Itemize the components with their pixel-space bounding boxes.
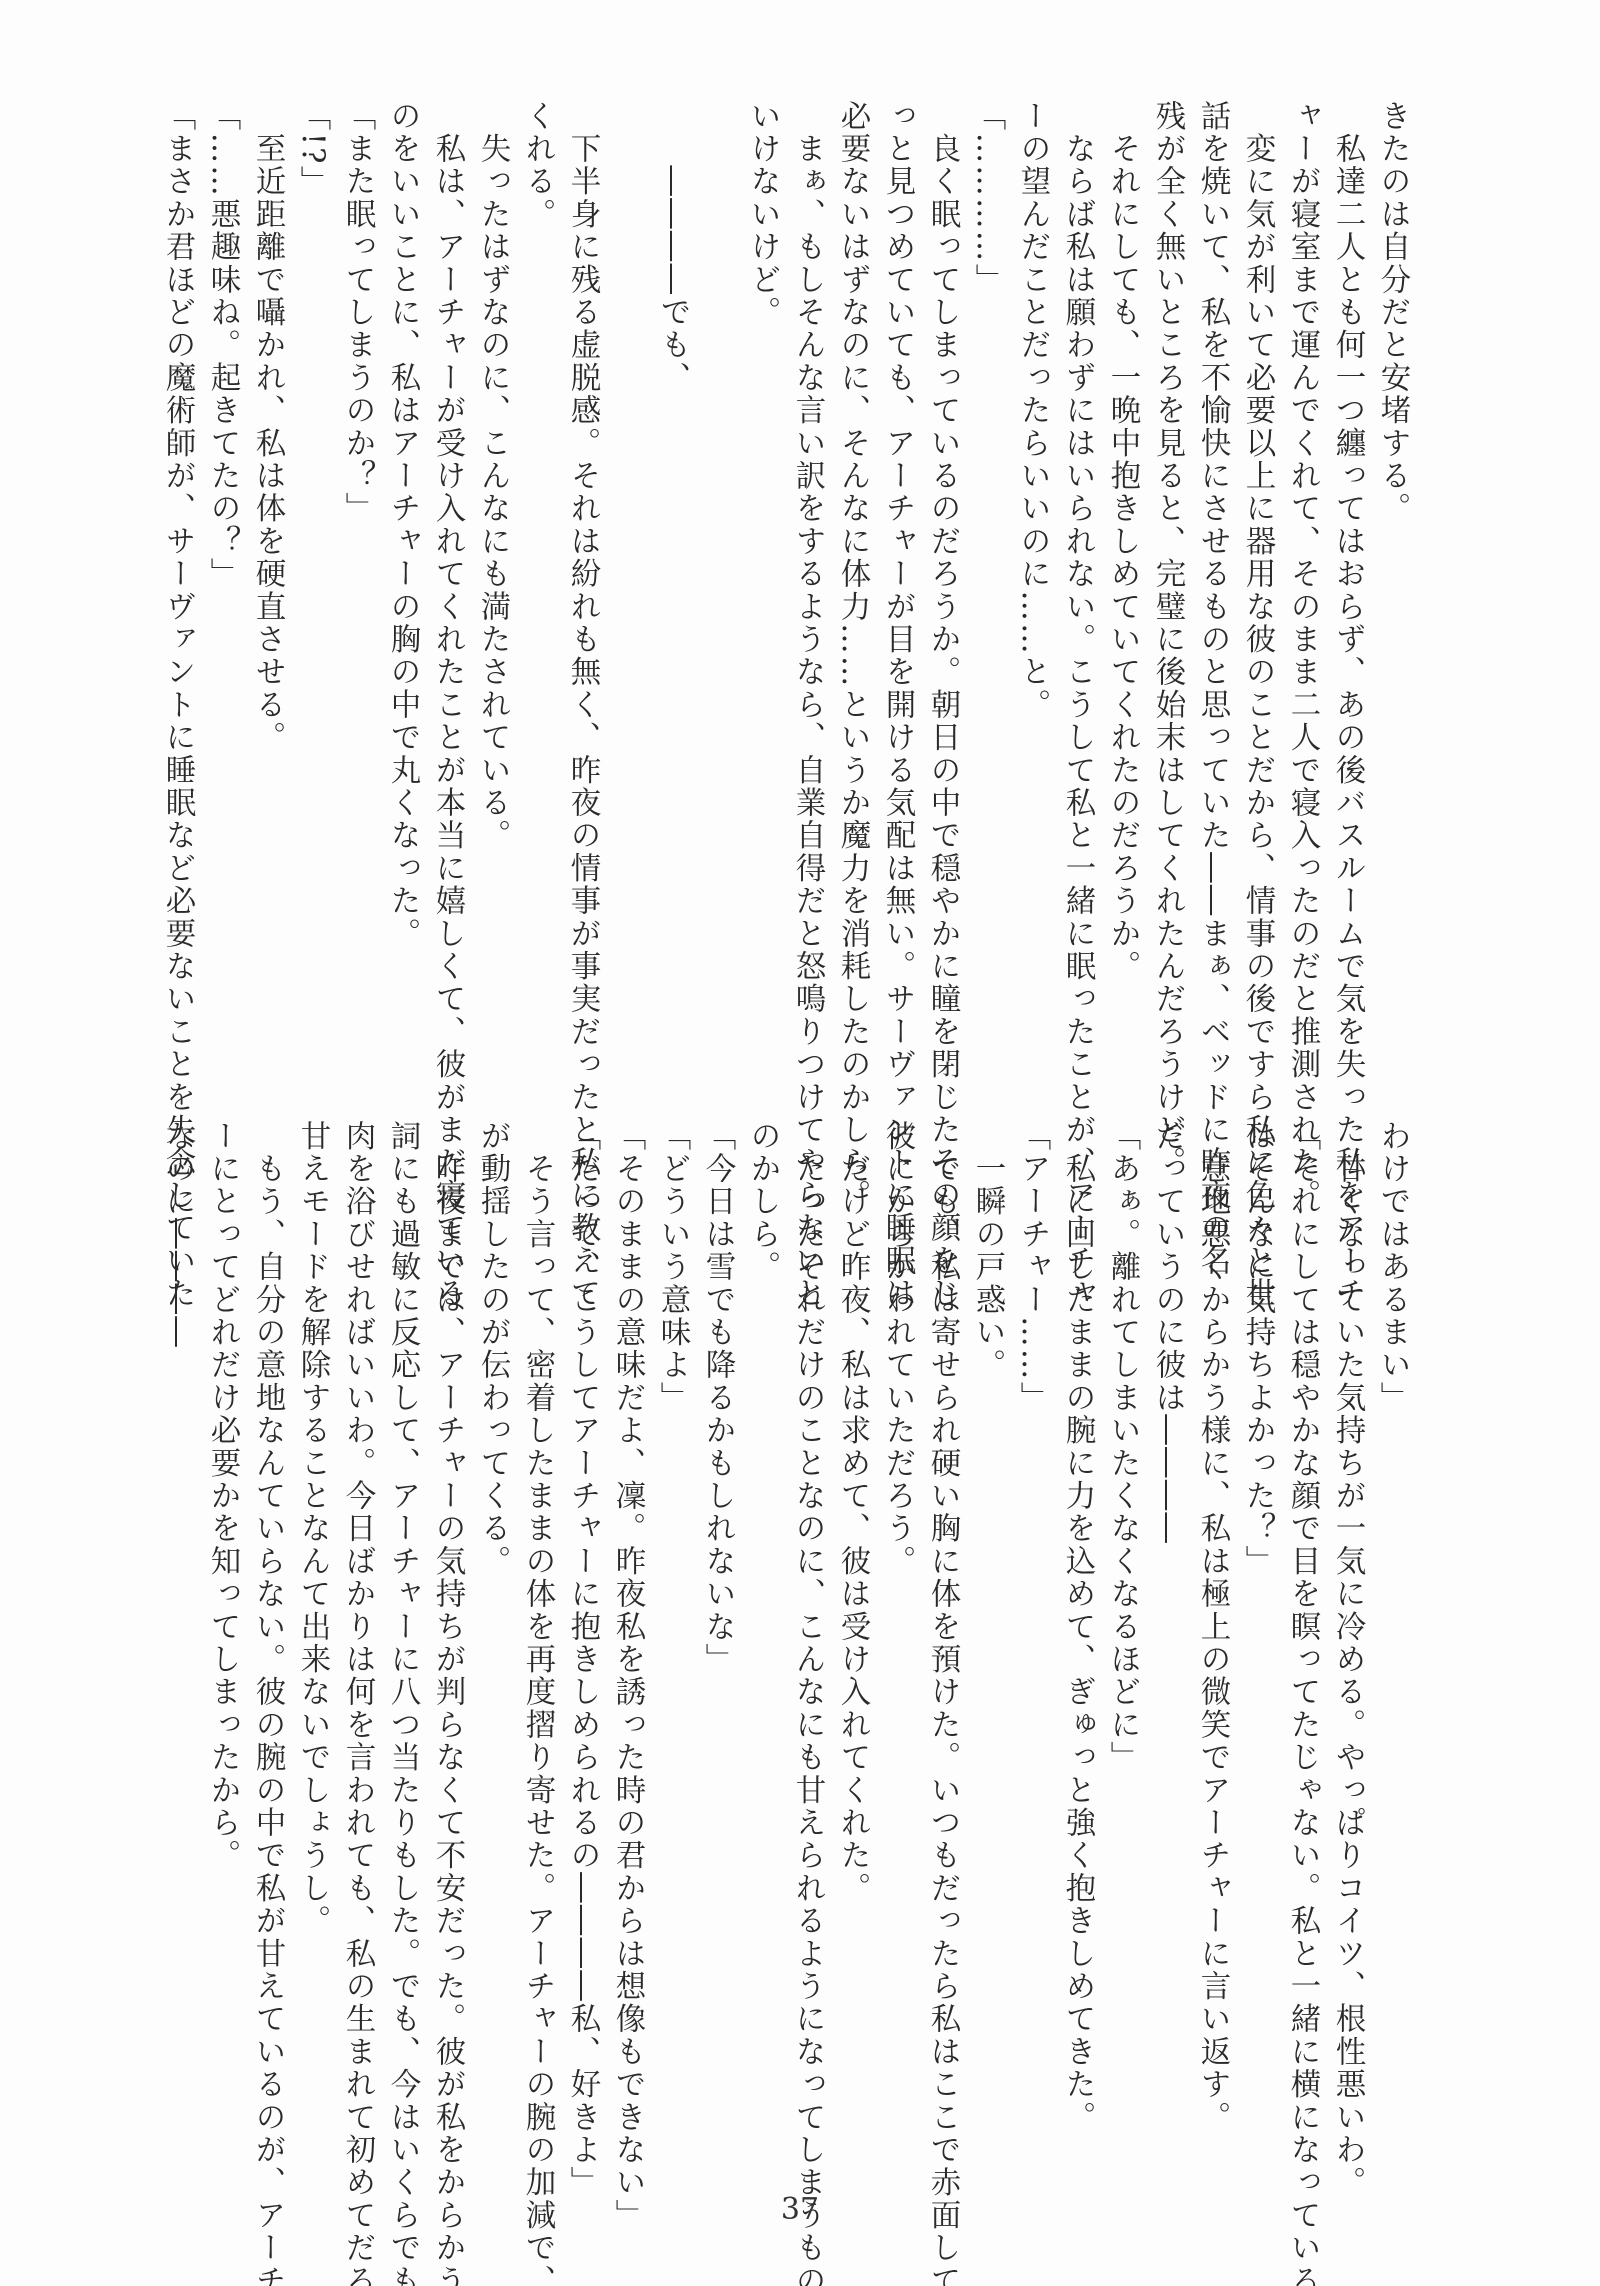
text-line: はそんなに気持ちよかった？」 [1235,1120,1280,2100]
text-line: もう、自分の意地なんていらない。彼の腕の中で私が甘えているのが、アーチャ [245,1120,290,2100]
text-line: 昨夜までは、アーチャーの気持ちが判らなくて不安だった。彼が私をからかう台 [425,1120,470,2100]
text-line: 彼にからかわれていただろう。 [875,1120,920,2100]
text-line: いけないけど。 [740,100,785,1050]
text-line: のをいいことに、私はアーチャーの胸の中で丸くなった。 [380,100,425,1050]
text-block-bottom: わけではあるまい」 甘くなっていた気持ちが一気に冷める。やっぱりコイツ、根性悪い… [145,1120,1415,2100]
text-line: 至近距離で囁かれ、私は体を硬直させる。 [245,100,290,1050]
text-line: 肉を浴びせればいいわ。今日ばかりは何を言われても、私の生まれて初めてだろう [335,1120,380,2100]
text-line: 「!?」 [290,100,335,1050]
text-line: 私達二人とも何一つ纏ってはおらず、あの後バスルームで気を失った私をアーチ [1325,100,1370,1050]
text-line: たったそれだけのことなのに、こんなにも甘えられるようになってしまうものな [785,1120,830,2100]
text-line: くれる。 [515,100,560,1050]
book-page: きたのは自分だと安堵する。 私達二人とも何一つ纏ってはおらず、あの後バスルームで… [0,0,1600,2286]
text-line: 「どういう意味よ」 [650,1120,695,2100]
text-line: 「……悪趣味ね。起きてたの？」 [200,100,245,1050]
text-line: 意地悪くからかう様に、私は極上の微笑でアーチャーに言い返す。 [1190,1120,1235,2100]
text-line: 私は、アーチャーが受け入れてくれたことが本当に嬉しくて、彼がまだ寝ている [425,100,470,1050]
text-line: 「今日は雪でも降るかもしれないな」 [695,1120,740,2100]
text-line: 「そのままの意味だよ、凜。昨夜私を誘った時の君からは想像もできない」 [605,1120,650,2100]
text-line: だっていうのに彼は―――― [1145,1120,1190,2100]
text-line: が動揺したのが伝わってくる。 [470,1120,515,2100]
text-line: 甘くなっていた気持ちが一気に冷める。やっぱりコイツ、根性悪いわ。 [1325,1120,1370,2100]
text-line: でも、私は寄せられ硬い胸に体を預けた。いつもだったら私はここで赤面して、 [920,1120,965,2100]
text-line: なのに―――― [155,1120,200,2100]
text-line: ならば私は願わずにはいられない。こうして私と一緒に眠ったことが、アーチャ [1055,100,1100,1050]
text-line: ャーが寝室まで運んでくれて、そのまま二人で寝入ったのだと推測された。 [1280,100,1325,1050]
blank-line: ​ [605,100,650,1050]
page-number: 37 [760,2192,840,2227]
text-line: 「まさか君ほどの魔術師が、サーヴァントに睡眠など必要ないことを失念していた [155,100,200,1050]
text-line: 良く眠ってしまっているのだろうか。朝日の中で穏やかに瞳を閉じたその顔をじ [920,100,965,1050]
text-line: 話を焼いて、私を不愉快にさせるものと思っていた――まぁ、ベッドに昨夜の名 [1190,100,1235,1050]
text-line: だけど昨夜、私は求めて、彼は受け入れてくれた。 [830,1120,875,2100]
text-line: 「アーチャー……」 [1010,1120,1055,2100]
text-line: 甘えモードを解除することなんて出来ないでしょうし。 [290,1120,335,2100]
text-line: 「…………」 [965,100,1010,1050]
text-line: そう言って、密着したままの体を再度摺り寄せた。アーチャーの腕の加減で、彼 [515,1120,560,2100]
text-line: 詞にも過敏に反応して、アーチャーに八つ当たりもした。でも、今はいくらでも皮 [380,1120,425,2100]
text-line: 「だって、こうしてアーチャーに抱きしめられるの――――私、好きよ」 [560,1120,605,2100]
text-block-top: きたのは自分だと安堵する。 私達二人とも何一つ纏ってはおらず、あの後バスルームで… [145,100,1415,1050]
text-line: まぁ、もしそんな言い訳をするようなら、自業自得だと怒鳴りつけてやらないと [785,100,830,1050]
text-line: 「あぁ。離れてしまいたくなくなるほどに」 [1100,1120,1145,2100]
text-line: 私に回したままの腕に力を込めて、ぎゅっと強く抱きしめてきた。 [1055,1120,1100,2100]
text-line: わけではあるまい」 [1370,1120,1415,2100]
text-line: きたのは自分だと安堵する。 [1370,100,1415,1050]
text-line: 残が全く無いところを見ると、完璧に後始末はしてくれたんだろうけど。 [1145,100,1190,1050]
text-line: ――――でも、 [650,100,695,1050]
text-line: 一瞬の戸惑い。 [965,1120,1010,2100]
text-line: っと見つめていても、アーチャーが目を開ける気配は無い。サーヴァントに睡眠は [875,100,920,1050]
text-line: のかしら。 [740,1120,785,2100]
text-line: 「また眠ってしまうのか？」 [335,100,380,1050]
text-line: それにしても、一晩中抱きしめていてくれたのだろうか。 [1100,100,1145,1050]
text-line: 変に気が利いて必要以上に器用な彼のことだから、情事の後ですら私に色々と世 [1235,100,1280,1050]
text-line: ーにとってどれだけ必要かを知ってしまったから。 [200,1120,245,2100]
text-line: 失ったはずなのに、こんなにも満たされている。 [470,100,515,1050]
blank-line: ​ [695,100,740,1050]
text-line: 必要ないはずなのに、そんなに体力……というか魔力を消耗したのかしら。 [830,100,875,1050]
text-line: 「それにしては穏やかな顔で目を瞑ってたじゃない。私と一緒に横になっているの [1280,1120,1325,2100]
text-line: 下半身に残る虚脱感。それは紛れも無く、昨夜の情事が事実だったと私に教えて [560,100,605,1050]
text-line: ーの望んだことだったらいいのに……と。 [1010,100,1055,1050]
